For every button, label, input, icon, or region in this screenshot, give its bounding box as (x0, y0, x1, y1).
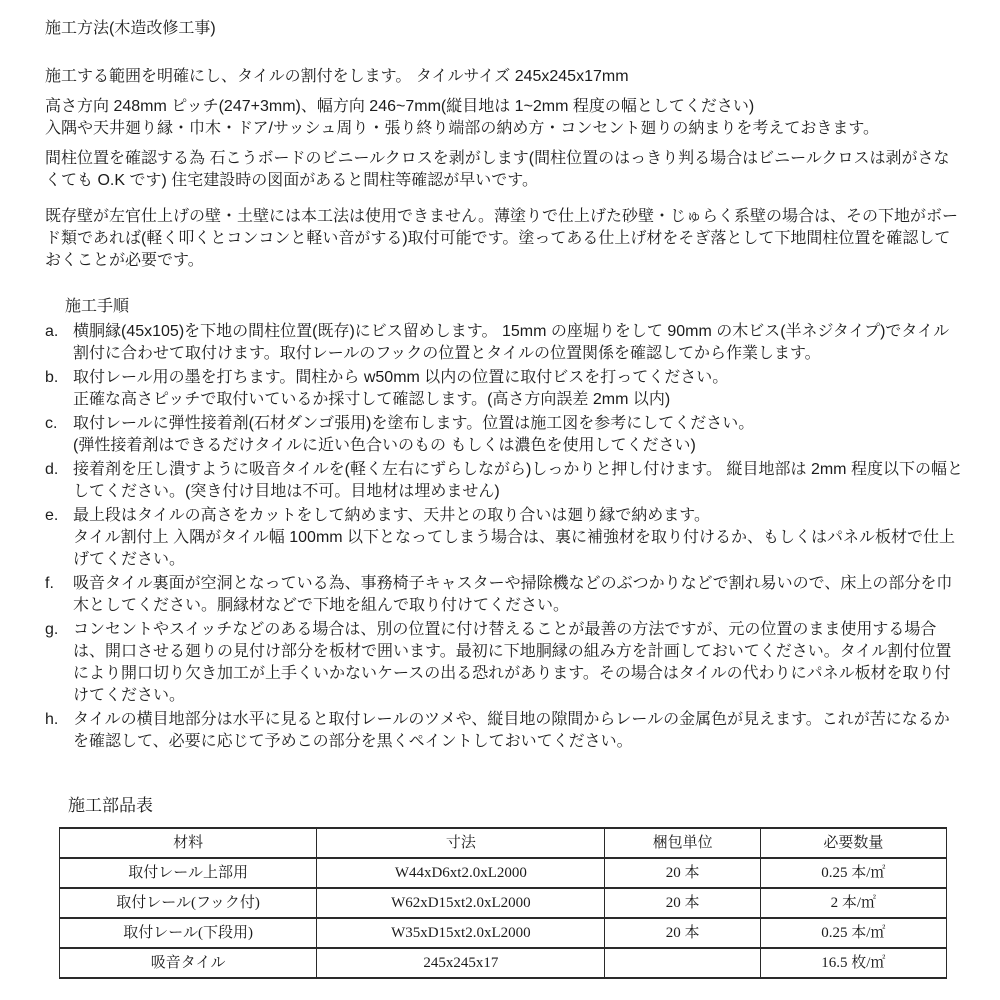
table-cell: 0.25 本/㎡ (760, 918, 946, 948)
paragraph-tile-layout: 施工する範囲を明確にし、タイルの割付をします。 タイルサイズ 245x245x1… (45, 66, 964, 88)
step-item-h: h. タイルの横目地部分は水平に見ると取付レールのツメや、縦目地の隙間からレール… (45, 709, 964, 753)
parts-section: 施工部品表 材料 寸法 梱包単位 必要数量 取付レール上部用 W44xD6 (59, 795, 964, 979)
paragraph-pitch-dimensions: 高さ方向 248mm ピッチ(247+3mm)、幅方向 246~7mm(縦目地は… (45, 96, 964, 140)
step-marker: h. (45, 709, 73, 731)
steps-heading: 施工手順 (65, 296, 964, 318)
step-item-c: c. 取付レールに弾性接着剤(石材ダンゴ張用)を塗布します。位置は施工図を参考に… (45, 413, 964, 457)
step-text: コンセントやスイッチなどのある場合は、別の位置に付け替えることが最善の方法ですが… (73, 619, 964, 707)
table-row: 取付レール上部用 W44xD6xt2.0xL2000 20 本 0.25 本/㎡ (60, 858, 947, 888)
column-header-dimension: 寸法 (317, 828, 605, 858)
procedure-step-list: a. 横胴縁(45x105)を下地の間柱位置(既存)にビス留めします。 15mm… (45, 321, 964, 753)
table-cell: 0.25 本/㎡ (760, 858, 946, 888)
table-cell: 20 本 (605, 918, 760, 948)
step-text: 横胴縁(45x105)を下地の間柱位置(既存)にビス留めします。 15mm の座… (73, 321, 964, 365)
step-item-d: d. 接着剤を圧し潰すように吸音タイルを(軽く左右にずらしながら)しっかりと押し… (45, 459, 964, 503)
step-text: タイルの横目地部分は水平に見ると取付レールのツメや、縦目地の隙間からレールの金属… (73, 709, 964, 753)
table-cell: 16.5 枚/㎡ (760, 948, 946, 978)
step-item-e: e. 最上段はタイルの高さをカットをして納めます、天井との取り合いは廻り縁で納め… (45, 505, 964, 571)
step-marker: d. (45, 459, 73, 481)
table-cell: W62xD15xt2.0xL2000 (317, 888, 605, 918)
step-marker: a. (45, 321, 73, 343)
step-marker: e. (45, 505, 73, 527)
step-item-a: a. 横胴縁(45x105)を下地の間柱位置(既存)にビス留めします。 15mm… (45, 321, 964, 365)
table-row: 吸音タイル 245x245x17 16.5 枚/㎡ (60, 948, 947, 978)
column-header-required-quantity: 必要数量 (760, 828, 946, 858)
paragraph-stud-position: 間柱位置を確認する為 石こうボードのビニールクロスを剥がします(間柱位置のはっき… (45, 148, 964, 192)
table-cell: 245x245x17 (317, 948, 605, 978)
step-text: 接着剤を圧し潰すように吸音タイルを(軽く左右にずらしながら)しっかりと押し付けま… (73, 459, 964, 503)
column-header-material: 材料 (60, 828, 317, 858)
step-item-g: g. コンセントやスイッチなどのある場合は、別の位置に付け替えることが最善の方法… (45, 619, 964, 707)
document-page: 施工方法(木造改修工事) 施工する範囲を明確にし、タイルの割付をします。 タイル… (0, 0, 1000, 1000)
table-cell: 取付レール(下段用) (60, 918, 317, 948)
step-marker: f. (45, 573, 73, 595)
table-row: 取付レール(フック付) W62xD15xt2.0xL2000 20 本 2 本/… (60, 888, 947, 918)
paragraph-existing-wall: 既存壁が左官仕上げの壁・土壁には本工法は使用できません。薄塗りで仕上げた砂壁・じ… (45, 206, 964, 272)
table-cell (605, 948, 760, 978)
step-item-b: b. 取付レール用の墨を打ちます。間柱から w50mm 以内の位置に取付ビスを打… (45, 367, 964, 411)
table-cell: 20 本 (605, 888, 760, 918)
table-cell: W44xD6xt2.0xL2000 (317, 858, 605, 888)
step-text: 取付レールに弾性接着剤(石材ダンゴ張用)を塗布します。位置は施工図を参考にしてく… (73, 413, 964, 457)
table-cell: 20 本 (605, 858, 760, 888)
step-text: 取付レール用の墨を打ちます。間柱から w50mm 以内の位置に取付ビスを打ってく… (73, 367, 964, 411)
step-text: 最上段はタイルの高さをカットをして納めます、天井との取り合いは廻り縁で納めます。… (73, 505, 964, 571)
table-header-row: 材料 寸法 梱包単位 必要数量 (60, 828, 947, 858)
step-marker: b. (45, 367, 73, 389)
table-cell: W35xD15xt2.0xL2000 (317, 918, 605, 948)
page-title: 施工方法(木造改修工事) (45, 18, 964, 40)
table-row: 取付レール(下段用) W35xD15xt2.0xL2000 20 本 0.25 … (60, 918, 947, 948)
step-marker: c. (45, 413, 73, 435)
step-item-f: f. 吸音タイル裏面が空洞となっている為、事務椅子キャスターや掃除機などのぶつか… (45, 573, 964, 617)
step-text: 吸音タイル裏面が空洞となっている為、事務椅子キャスターや掃除機などのぶつかりなど… (73, 573, 964, 617)
column-header-packing-unit: 梱包単位 (605, 828, 760, 858)
table-cell: 取付レール上部用 (60, 858, 317, 888)
parts-table-heading: 施工部品表 (68, 795, 964, 817)
table-cell: 取付レール(フック付) (60, 888, 317, 918)
table-cell: 吸音タイル (60, 948, 317, 978)
table-cell: 2 本/㎡ (760, 888, 946, 918)
parts-table: 材料 寸法 梱包単位 必要数量 取付レール上部用 W44xD6xt2.0xL20… (59, 827, 947, 979)
step-marker: g. (45, 619, 73, 641)
